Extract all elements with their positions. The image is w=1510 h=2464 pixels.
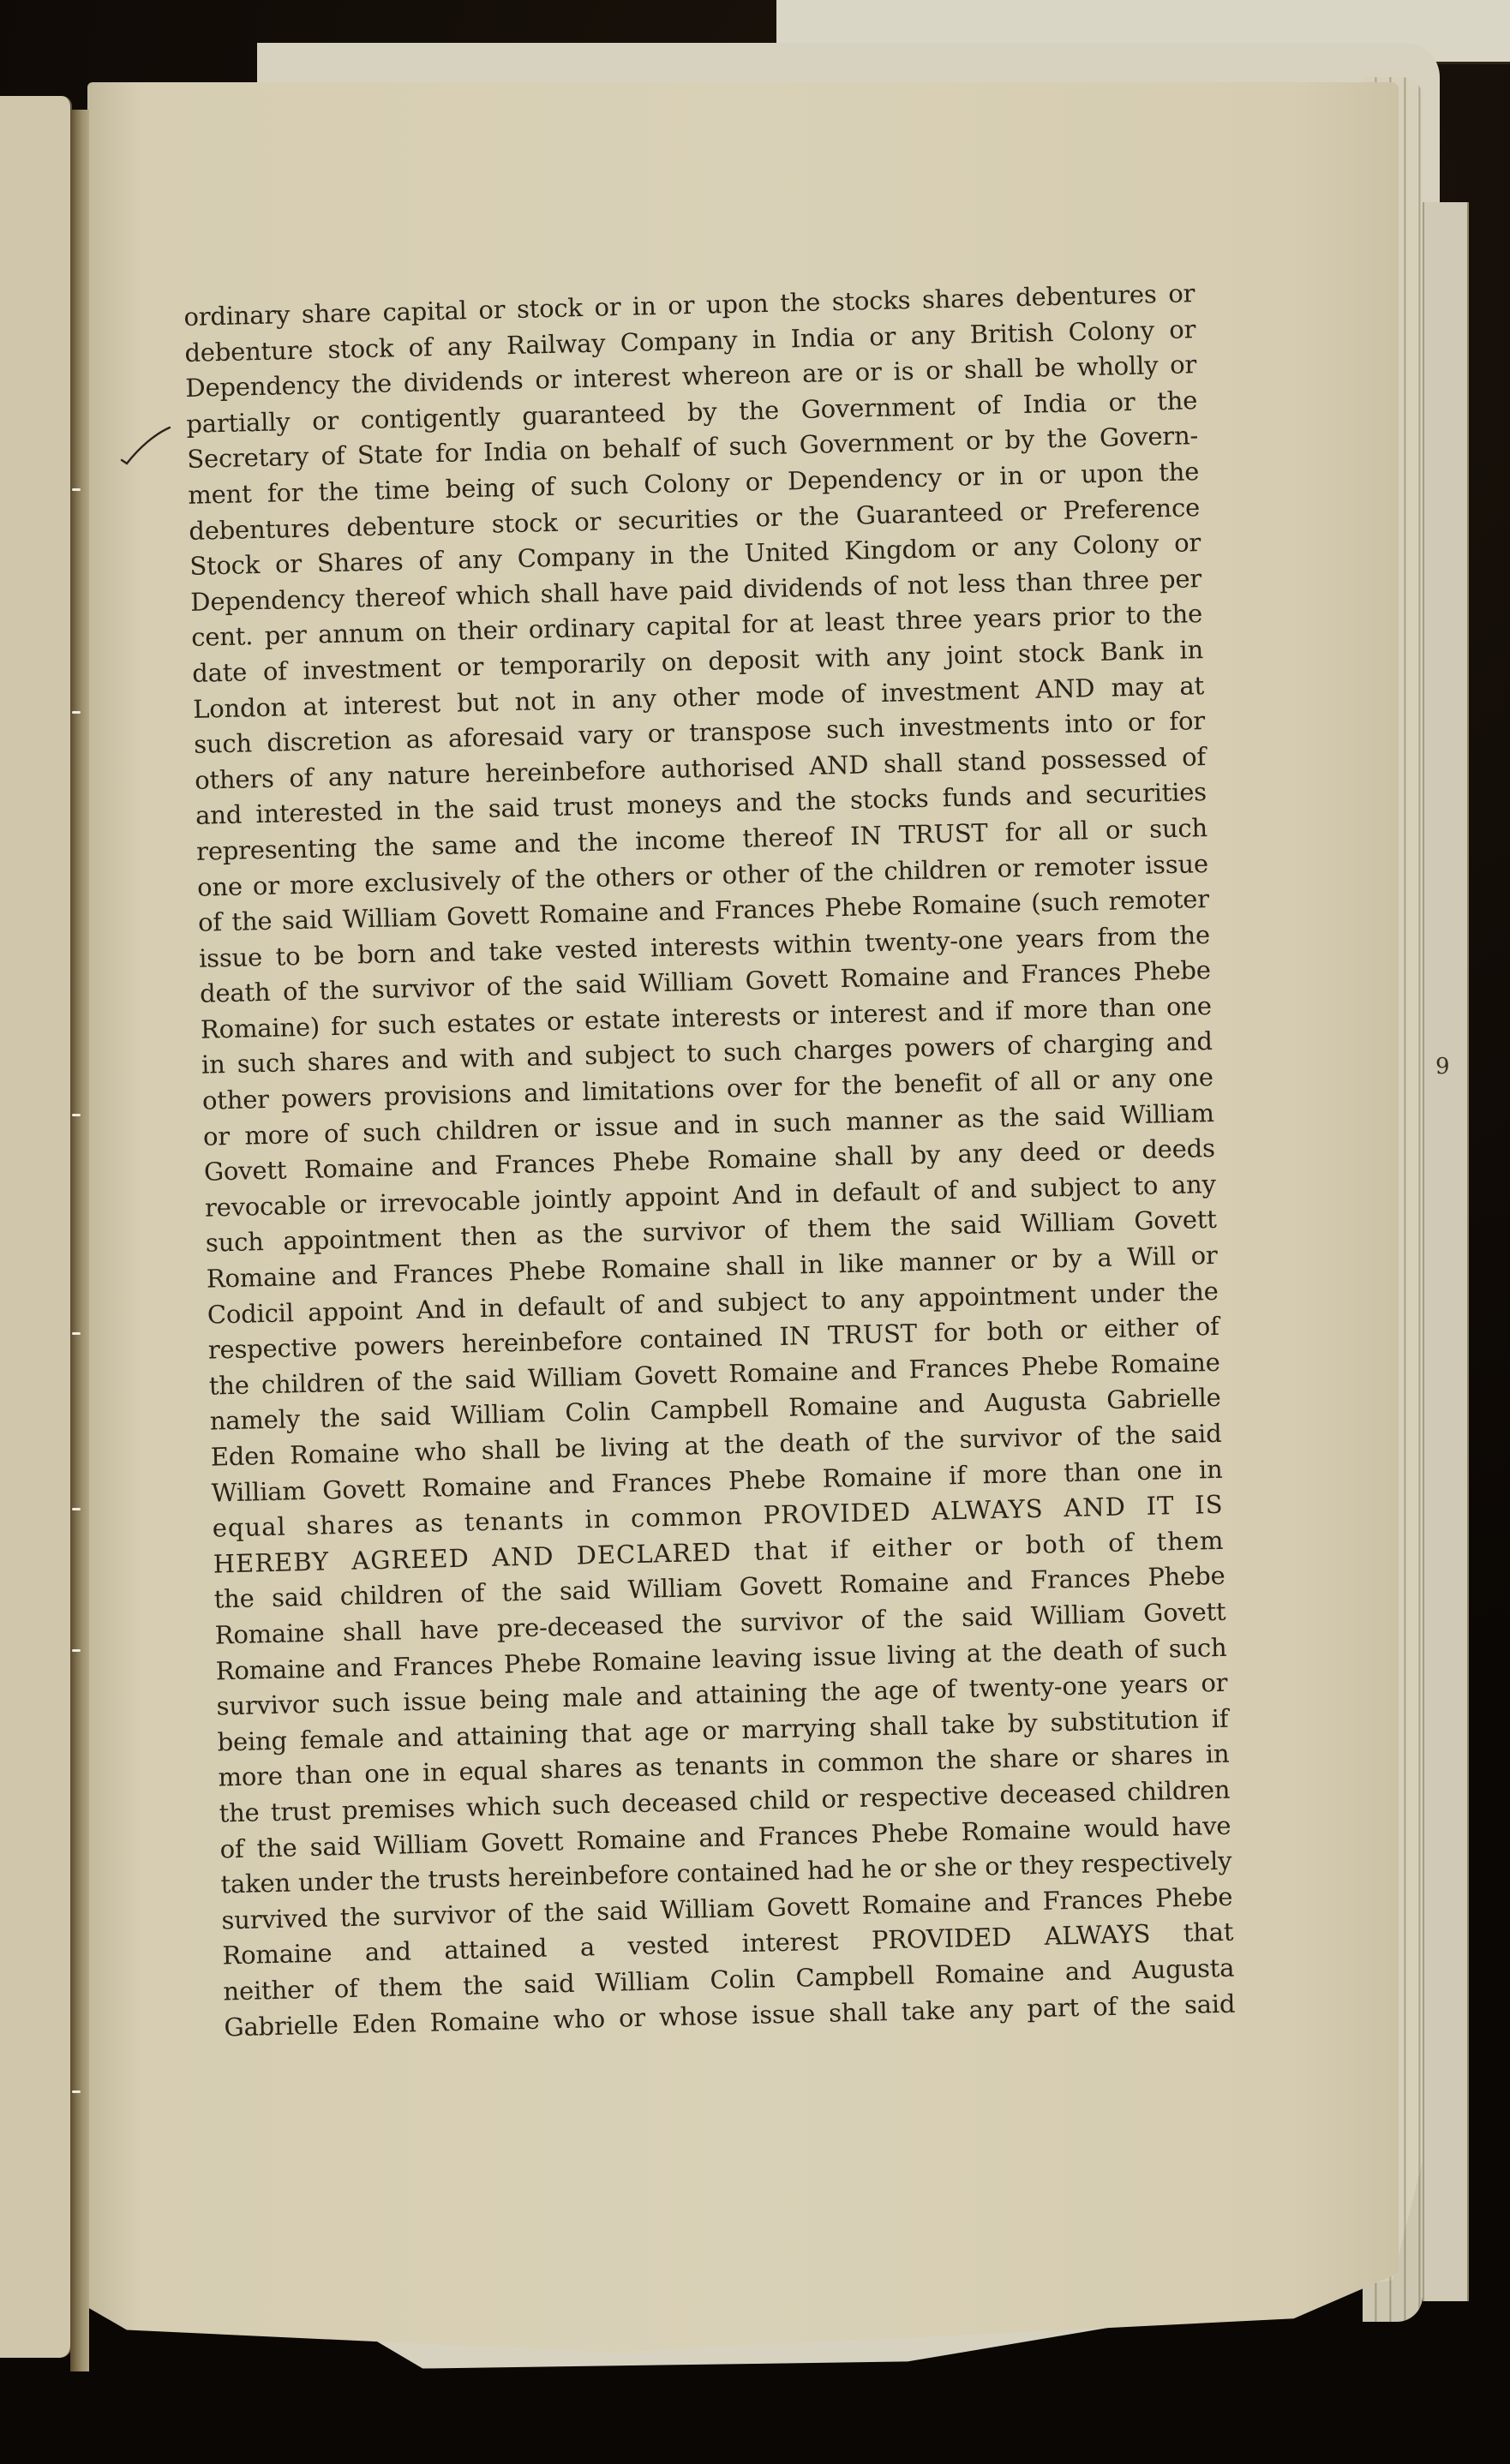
stitch-hole <box>72 2090 81 2093</box>
stitch-hole <box>72 1649 81 1652</box>
stitch-hole <box>72 1508 81 1510</box>
stitch-hole <box>72 488 81 491</box>
stitch-hole <box>72 1114 81 1116</box>
backing-card-edge <box>1423 202 1469 2301</box>
right-edge-mark: 9 <box>1435 1054 1450 1079</box>
check-mark-icon <box>120 426 171 465</box>
binding-gutter <box>70 110 89 2371</box>
deed-text: ordinary share capital or stock or in or… <box>183 276 1236 2045</box>
stitch-hole <box>72 711 81 714</box>
previous-page-edge <box>0 96 72 2358</box>
stitch-hole <box>72 1332 81 1335</box>
